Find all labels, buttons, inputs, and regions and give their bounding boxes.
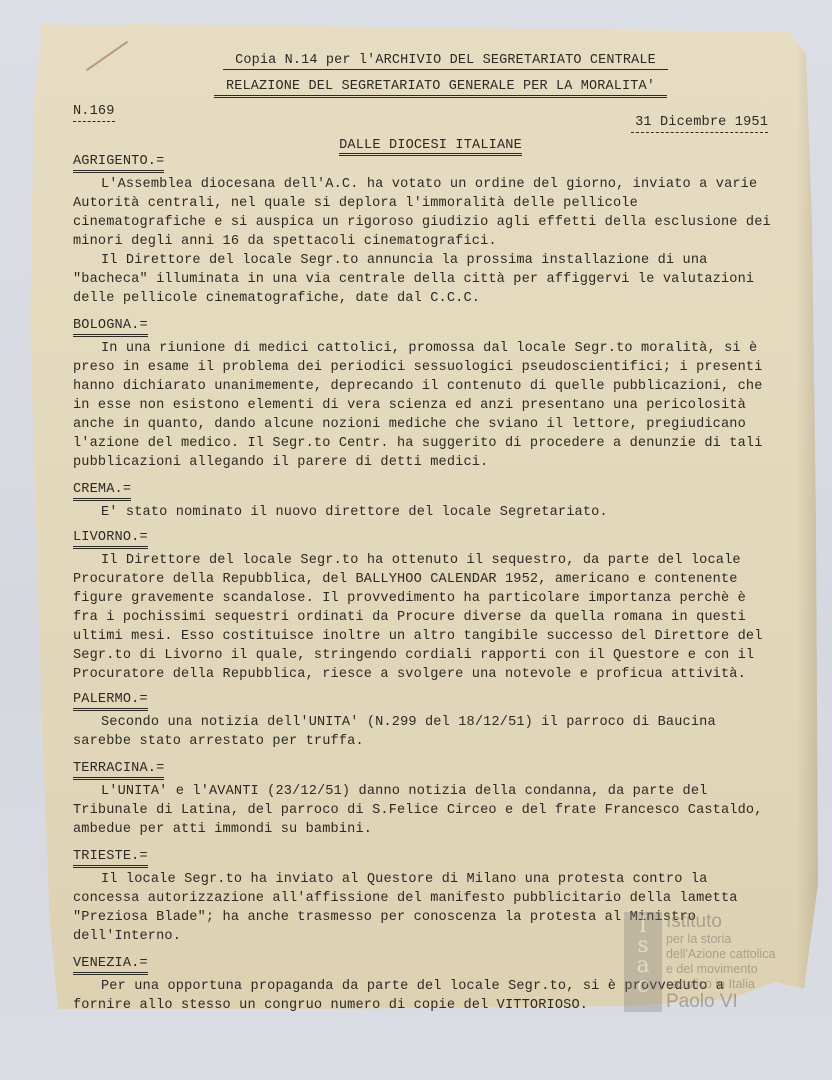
section-title-text: DALLE DIOCESI ITALIANE (339, 138, 522, 156)
entry-paragraph: Il Direttore del locale Segr.to annuncia… (73, 251, 778, 308)
entry-livorno: LIVORNO.= Il Direttore del locale Segr.t… (73, 528, 778, 684)
entry-place: LIVORNO.= (73, 530, 148, 549)
entry-trieste: TRIESTE.= Il locale Segr.to ha inviato a… (73, 847, 778, 946)
copy-line-text: Copia N.14 per l'ARCHIVIO DEL SEGRETARIA… (223, 53, 668, 70)
entry-agrigento: AGRIGENTO.= L'Assemblea diocesana dell'A… (73, 152, 778, 308)
entry-paragraph: Secondo una notizia dell'UNITA' (N.299 d… (73, 713, 778, 751)
entry-terracina: TERRACINA.= L'UNITA' e l'AVANTI (23/12/5… (73, 759, 778, 839)
document-date: 31 Dicembre 1951 (631, 113, 768, 133)
entry-bologna: BOLOGNA.= In una riunione di medici catt… (73, 316, 778, 472)
entry-paragraph: Il locale Segr.to ha inviato al Questore… (73, 870, 778, 946)
entry-place: BOLOGNA.= (73, 318, 148, 337)
entry-place: CREMA.= (73, 482, 131, 501)
entry-place: TERRACINA.= (73, 761, 164, 780)
entry-paragraph: E' stato nominato il nuovo direttore del… (73, 503, 778, 522)
document-number: N.169 (73, 102, 115, 122)
entry-paragraph: Per una opportuna propaganda da parte de… (73, 977, 778, 1015)
entry-place: VENEZIA.= (73, 956, 148, 975)
entry-paragraph: L'UNITA' e l'AVANTI (23/12/51) danno not… (73, 782, 778, 839)
entry-place: AGRIGENTO.= (73, 154, 164, 173)
copy-line: Copia N.14 per l'ARCHIVIO DEL SEGRETARIA… (113, 50, 778, 72)
entry-place: TRIESTE.= (73, 849, 148, 868)
entry-paragraph: In una riunione di medici cattolici, pro… (73, 339, 778, 472)
entry-place: PALERMO.= (73, 692, 148, 711)
entry-paragraph: L'Assemblea diocesana dell'A.C. ha votat… (73, 175, 778, 251)
report-title-text: RELAZIONE DEL SEGRETARIATO GENERALE PER … (214, 79, 667, 98)
typewritten-document: Copia N.14 per l'ARCHIVIO DEL SEGRETARIA… (73, 50, 778, 1015)
entry-paragraph: Il Direttore del locale Segr.to ha otten… (73, 551, 778, 684)
entry-palermo: PALERMO.= Secondo una notizia dell'UNITA… (73, 690, 778, 751)
meta-row: N.169 31 Dicembre 1951 (73, 98, 778, 138)
entry-crema: CREMA.= E' stato nominato il nuovo diret… (73, 480, 778, 522)
entry-venezia: VENEZIA.= Per una opportuna propaganda d… (73, 954, 778, 1015)
report-title: RELAZIONE DEL SEGRETARIATO GENERALE PER … (103, 76, 778, 98)
